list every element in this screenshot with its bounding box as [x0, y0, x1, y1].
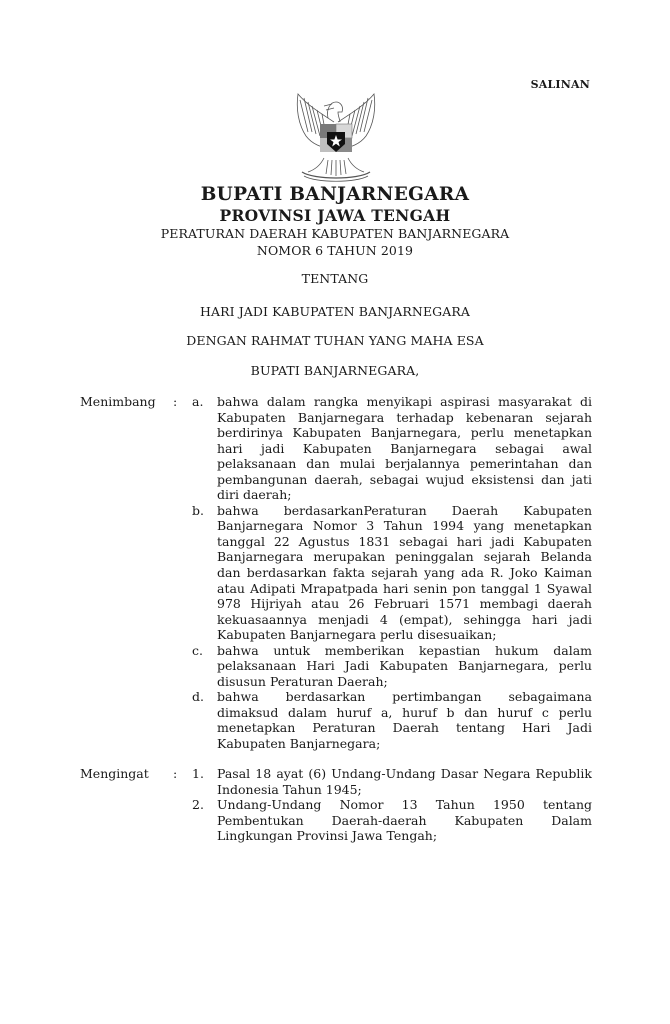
text-line: Lingkungan Provinsi Jawa Tengah; — [217, 828, 592, 844]
text-line: dan berdasarkan fakta sejarah yang ada R… — [217, 565, 592, 581]
text-line: menetapkan Peraturan Daerah tentang Hari… — [217, 720, 592, 736]
menimbang-item: c.bahwa untuk memberikan kepastian hukum… — [80, 643, 592, 690]
issuer: BUPATI BANJARNEGARA, — [0, 363, 670, 378]
garuda-emblem-icon — [284, 88, 388, 184]
text-line: tanggal 22 Agustus 1831 sebagai hari jad… — [217, 534, 592, 550]
text-line: bahwa dalam rangka menyikapi aspirasi ma… — [217, 394, 592, 410]
mengingat-item: 1.Pasal 18 ayat (6) Undang-Undang Dasar … — [80, 766, 592, 797]
mengingat-section: Mengingat : 1.Pasal 18 ayat (6) Undang-U… — [80, 766, 592, 844]
text-line: kekuasaannya menjadi 4 (empat), sehingga… — [217, 612, 592, 628]
menimbang-item: d.bahwa berdasarkan pertimbangan sebagai… — [80, 689, 592, 751]
menimbang-item: a.bahwa dalam rangka menyikapi aspirasi … — [80, 394, 592, 503]
text-line: hari jadi Kabupaten Banjarnegara sebagai… — [217, 441, 592, 457]
menimbang-item-text: bahwa berdasarkan pertimbangan sebagaima… — [217, 689, 592, 751]
text-line: Kabupaten Banjarnegara; — [217, 736, 592, 752]
menimbang-item-text: bahwa untuk memberikan kepastian hukum d… — [217, 643, 592, 690]
mengingat-item: 2.Undang-Undang Nomor 13 Tahun 1950 tent… — [80, 797, 592, 844]
text-line: Banjarnegara Nomor 3 Tahun 1994 yang men… — [217, 518, 592, 534]
mengingat-item-number: 2. — [192, 797, 204, 813]
text-line: bahwa berdasarkanPeraturan Daerah Kabupa… — [217, 503, 592, 519]
mengingat-item-number: 1. — [192, 766, 204, 782]
text-line: diri daerah; — [217, 487, 592, 503]
text-line: Pembentukan Daerah-daerah Kabupaten Dala… — [217, 813, 592, 829]
text-line: pelaksanaan Hari Jadi Kabupaten Banjarne… — [217, 658, 592, 674]
menimbang-item: b.bahwa berdasarkanPeraturan Daerah Kabu… — [80, 503, 592, 643]
text-line: pembangunan daerah, sebagai wujud eksist… — [217, 472, 592, 488]
menimbang-list: a.bahwa dalam rangka menyikapi aspirasi … — [80, 394, 592, 752]
regulation-subject: HARI JADI KABUPATEN BANJARNEGARA — [0, 304, 670, 319]
text-line: dimaksud dalam huruf a, huruf b dan huru… — [217, 705, 592, 721]
mengingat-item-text: Undang-Undang Nomor 13 Tahun 1950 tentan… — [217, 797, 592, 844]
text-line: berdirinya Kabupaten Banjarnegara, perlu… — [217, 425, 592, 441]
text-line: Pasal 18 ayat (6) Undang-Undang Dasar Ne… — [217, 766, 592, 782]
menimbang-item-number: a. — [192, 394, 203, 410]
document-title: BUPATI BANJARNEGARA — [0, 184, 670, 205]
text-line: Kabupaten Banjarnegara perlu disesuaikan… — [217, 627, 592, 643]
province-title: PROVINSI JAWA TENGAH — [0, 206, 670, 225]
menimbang-section: Menimbang : a.bahwa dalam rangka menyika… — [80, 394, 592, 752]
text-line: disusun Peraturan Daerah; — [217, 674, 592, 690]
text-line: atau Adipati Mrapatpada hari senin pon t… — [217, 581, 592, 597]
menimbang-item-number: b. — [192, 503, 204, 519]
menimbang-item-text: bahwa dalam rangka menyikapi aspirasi ma… — [217, 394, 592, 503]
text-line: bahwa berdasarkan pertimbangan sebagaima… — [217, 689, 592, 705]
menimbang-item-number: d. — [192, 689, 204, 705]
menimbang-item-number: c. — [192, 643, 203, 659]
salinan-stamp: SALINAN — [531, 78, 590, 91]
regulation-type: PERATURAN DAERAH KABUPATEN BANJARNEGARA — [0, 226, 670, 241]
text-line: 978 Hijriyah atau 26 Februari 1571 memba… — [217, 596, 592, 612]
text-line: Kabupaten Banjarnegara terhadap kebenara… — [217, 410, 592, 426]
about-label: TENTANG — [0, 271, 670, 286]
menimbang-item-text: bahwa berdasarkanPeraturan Daerah Kabupa… — [217, 503, 592, 643]
mengingat-list: 1.Pasal 18 ayat (6) Undang-Undang Dasar … — [80, 766, 592, 844]
text-line: Banjarnegara merupakan peninggalan sejar… — [217, 549, 592, 565]
text-line: Undang-Undang Nomor 13 Tahun 1950 tentan… — [217, 797, 592, 813]
invocation: DENGAN RAHMAT TUHAN YANG MAHA ESA — [0, 333, 670, 348]
text-line: pelaksanaan dan mulai berjalannya pemeri… — [217, 456, 592, 472]
mengingat-item-text: Pasal 18 ayat (6) Undang-Undang Dasar Ne… — [217, 766, 592, 797]
text-line: bahwa untuk memberikan kepastian hukum d… — [217, 643, 592, 659]
regulation-number: NOMOR 6 TAHUN 2019 — [0, 243, 670, 258]
text-line: Indonesia Tahun 1945; — [217, 782, 592, 798]
